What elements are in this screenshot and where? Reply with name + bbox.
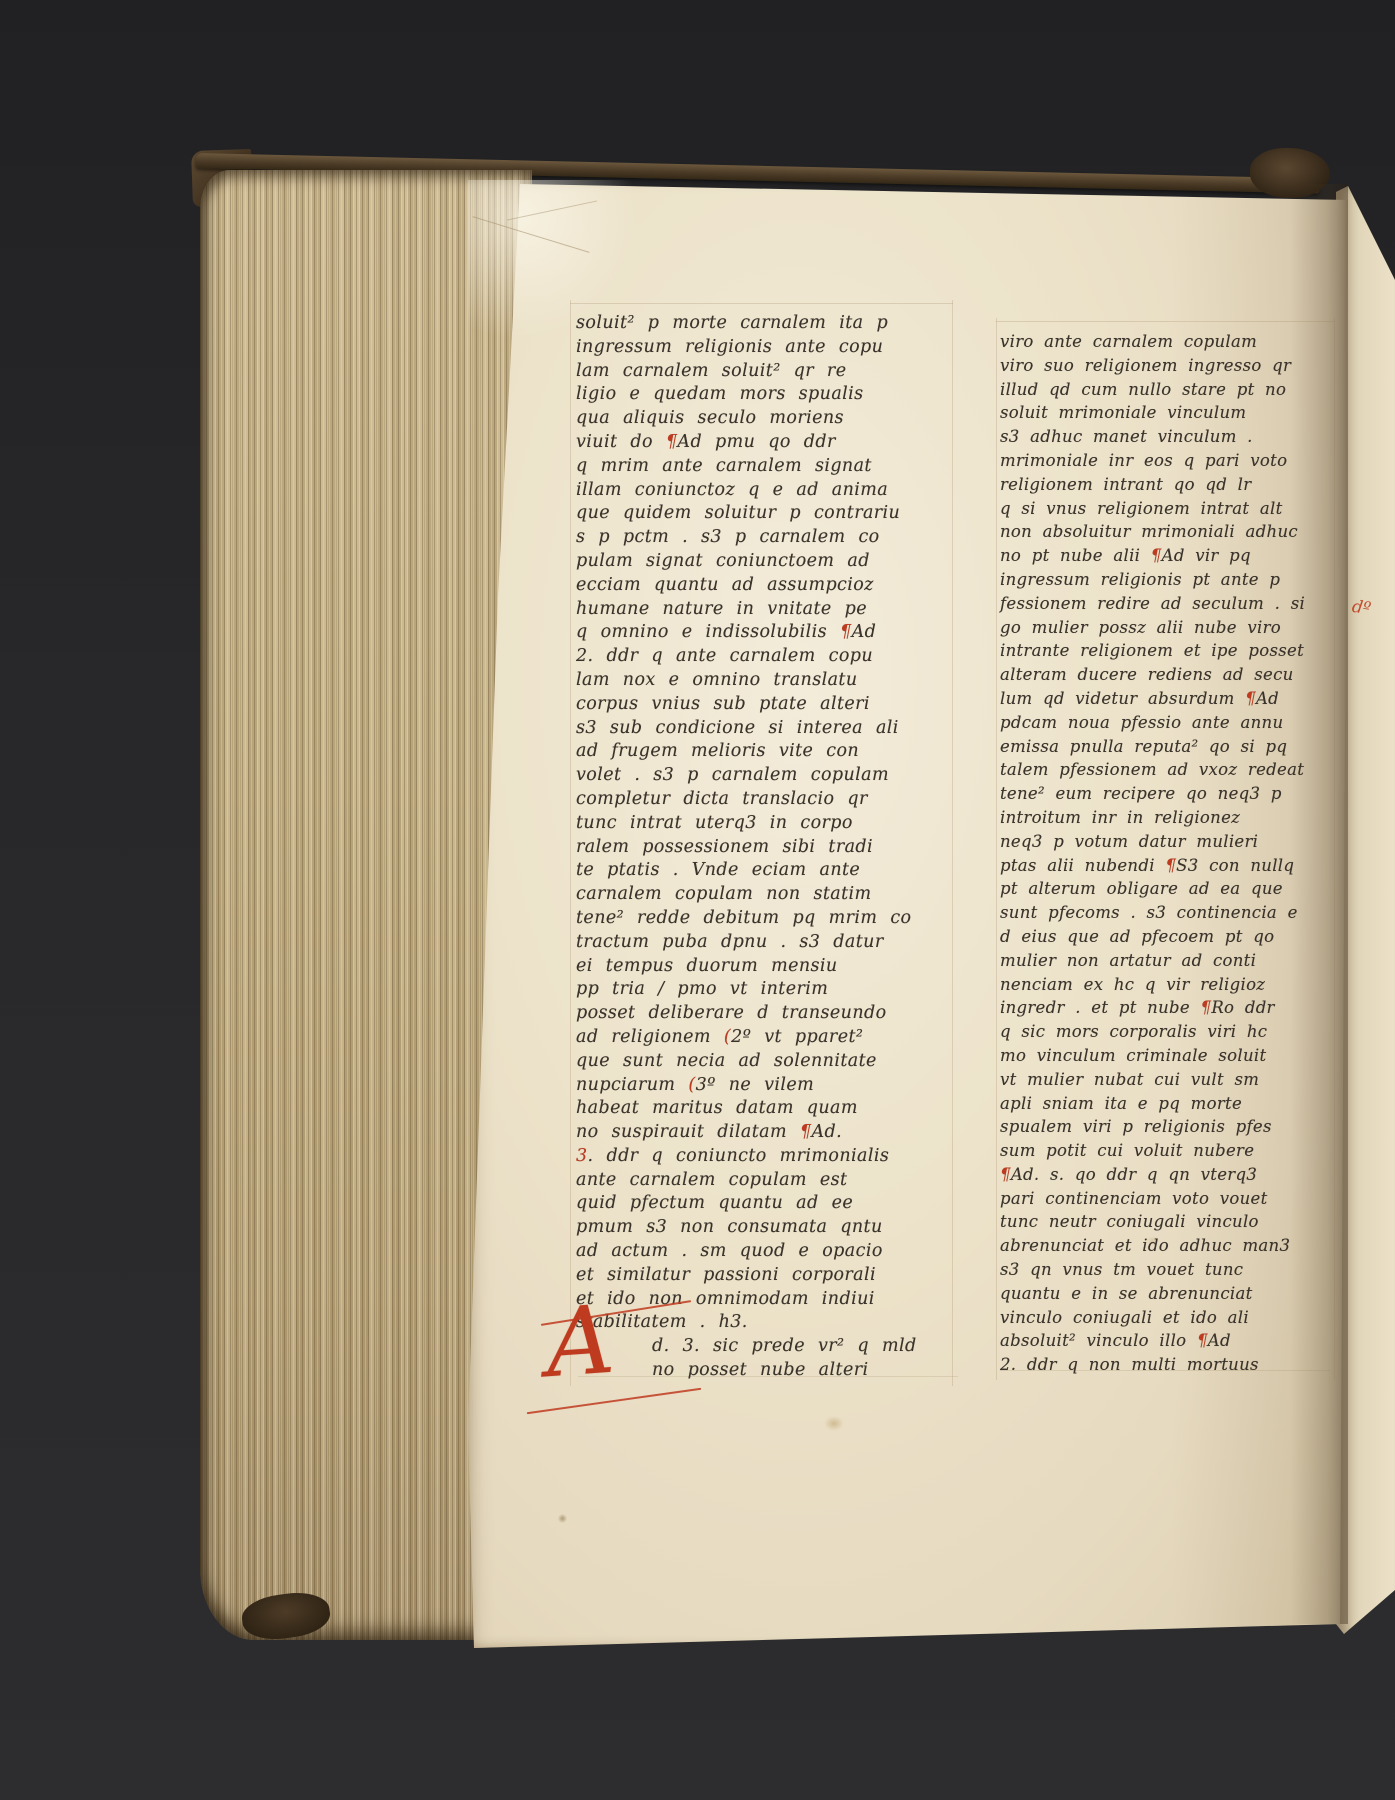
ink-text: alteram ducere rediens ad secu [1000,665,1294,684]
manuscript-text-line: ad religionem (2º vt pparet² [576,1026,954,1050]
ink-text: Ad. s. qo ddr q qn vterq3 [1011,1165,1257,1184]
manuscript-text-line: mrimoniale inr eos q pari voto [1000,449,1338,473]
ink-text: que quidem soluitur p contrariu [576,503,900,523]
ink-text: mo vinculum criminale soluit [1000,1046,1266,1065]
ink-text: s3 qn vnus tm vouet tunc [1000,1260,1243,1279]
manuscript-text-line: quid pfectum quantu ad ee [576,1192,954,1216]
manuscript-text-line: pt alterum obligare ad ea que [1000,877,1338,901]
ink-text: 2. ddr q ante carnalem copu [576,646,873,666]
ink-text: viro suo religionem ingresso qr [1000,356,1291,375]
manuscript-text-line: ingressum religionis pt ante p [1000,568,1338,592]
manuscript-text-line: talem pfessionem ad vxoz redeat [1000,758,1338,782]
manuscript-text-line: volet . s3 p carnalem copulam [576,764,954,788]
ink-text: abrenunciat et ido adhuc man3 [1000,1236,1290,1255]
rubric-paraph: ( [688,1075,695,1095]
ink-text: pmum s3 non consumata qntu [576,1217,883,1237]
manuscript-text-line: no pt nube alii ¶Ad vir pq [1000,544,1338,568]
manuscript-text-line: introitum inr in religionez [1000,806,1338,830]
manuscript-text-line: corpus vnius sub ptate alteri [576,693,954,717]
ink-text: go mulier possz alii nube viro [1000,618,1281,637]
ink-text: q mrim ante carnalem signat [576,456,872,476]
ink-text: q omnino e indissolubilis [576,622,840,642]
ink-text: absoluit² vinculo illo [1000,1331,1197,1350]
manuscript-text-line: pulam signat coniunctoem ad [576,550,954,574]
rubric-paraph: ¶ [1197,1331,1208,1350]
manuscript-text-line: q sic mors corporalis viri hc [1000,1020,1338,1044]
ruling-line-horizontal [570,303,953,304]
rubric-paraph: ¶ [840,622,852,642]
rubric-paraph: ¶ [1000,1165,1011,1184]
ink-text: non absoluitur mrimoniali adhuc [1000,522,1298,541]
ink-text: pp tria / pmo vt interim [576,979,828,999]
manuscript-text-line: pari continenciam voto vouet [1000,1187,1338,1211]
manuscript-text-line: habeat maritus datam quam [576,1097,954,1121]
ink-text: lum qd videtur absurdum [1000,689,1245,708]
ruling-line-vertical [570,300,571,1386]
manuscript-text-line: 3. ddr q coniuncto mrimonialis [576,1145,954,1169]
manuscript-text-line: tunc neutr coniugali vinculo [1000,1210,1338,1234]
manuscript-text-line: humane nature in vnitate pe [576,598,954,622]
rubric-paraph: ¶ [1151,546,1162,565]
ink-text: no pt nube alii [1000,546,1151,565]
ink-text: d eius que ad pfecoem pt qo [1000,927,1274,946]
ink-text: ecciam quantu ad assumpcioz [576,575,874,595]
manuscript-text-line: no posset nube alteri [576,1359,954,1383]
manuscript-photo: soluit² p morte carnalem ita pingressum … [0,0,1395,1800]
page-stain [824,1416,844,1431]
ink-text: quantu e in se abrenunciat [1000,1284,1253,1303]
manuscript-text-line: alteram ducere rediens ad secu [1000,663,1338,687]
manuscript-text-line: qua aliquis seculo moriens [576,407,954,431]
ink-text: Ad vir pq [1162,546,1251,565]
ink-text: 2º vt pparet² [731,1027,863,1047]
ink-text: ingredr . et pt nube [1000,998,1201,1017]
manuscript-text-line: nenciam ex hc q vir religioz [1000,973,1338,997]
ink-text: fessionem redire ad seculum . si [1000,594,1305,613]
ink-text: sunt pfecoms . s3 continencia e [1000,903,1298,922]
manuscript-text-line: ante carnalem copulam est [576,1169,954,1193]
manuscript-text-line: lum qd videtur absurdum ¶Ad [1000,687,1338,711]
manuscript-text-line: s p pctm . s3 p carnalem co [576,526,954,550]
manuscript-text-line: vinculo coniugali et ido ali [1000,1306,1338,1330]
manuscript-text-line: ei tempus duorum mensiu [576,955,954,979]
ink-text: posset deliberare d transeundo [576,1003,887,1023]
rubric-paraph: ¶ [1201,998,1212,1017]
ink-text: S3 con nullq [1176,856,1294,875]
manuscript-text-line: ad frugem melioris vite con [576,740,954,764]
rubric-initial-A: A [543,1294,617,1393]
ruling-line-vertical [996,318,997,1380]
ink-text: ligio e quedam mors spualis [576,384,864,404]
ink-text: vinculo coniugali et ido ali [1000,1308,1249,1327]
ink-text: carnalem copulam non statim [576,884,872,904]
ink-text: religionem intrant qo qd lr [1000,475,1251,494]
manuscript-text-line: vt mulier nubat cui vult sm [1000,1068,1338,1092]
ink-text: lam nox e omnino translatu [576,670,858,690]
ink-text: soluit² p morte carnalem ita p [576,313,888,333]
ink-text: illam coniunctoz q e ad anima [576,480,888,500]
manuscript-text-line: ralem possessionem sibi tradi [576,836,954,860]
ink-text: ptas alii nubendi [1000,856,1165,875]
rubric-paraph: ¶ [1245,689,1256,708]
manuscript-text-line: ad actum . sm quod e opacio [576,1240,954,1264]
manuscript-text-line: viro ante carnalem copulam [1000,330,1338,354]
ink-text: nenciam ex hc q vir religioz [1000,975,1265,994]
manuscript-text-line: tene² redde debitum pq mrim co [576,907,954,931]
ink-text: d. 3. sic prede vr² q mld [652,1336,917,1356]
manuscript-text-line: et similatur passioni corporali [576,1264,954,1288]
ink-text: apli sniam ita e pq morte [1000,1094,1242,1113]
ink-text: volet . s3 p carnalem copulam [576,765,889,785]
ruling-line-horizontal [996,321,1335,322]
ink-text: et similatur passioni corporali [576,1265,876,1285]
ink-text: ad religionem [576,1027,724,1047]
ink-text: ad actum . sm quod e opacio [576,1241,883,1261]
ink-text: habeat maritus datam quam [576,1098,858,1118]
manuscript-text-line: 2. ddr q non multi mortuus [1000,1353,1338,1377]
manuscript-text-line: intrante religionem et ipe posset [1000,639,1338,663]
manuscript-text-line: q mrim ante carnalem signat [576,455,954,479]
page-stain [558,1514,567,1523]
marginal-mark: dº [1351,597,1372,619]
manuscript-text-line: d. 3. sic prede vr² q mld [576,1335,954,1359]
ink-text: Ad [1256,689,1279,708]
ink-text: Ro ddr [1211,998,1274,1017]
ink-text: tractum puba dpnu . s3 datur [576,932,884,952]
ink-text: lam carnalem soluit² qr re [576,361,846,381]
ink-text: humane nature in vnitate pe [576,599,867,619]
manuscript-text-line: 2. ddr q ante carnalem copu [576,645,954,669]
ink-text: que sunt necia ad solennitate [576,1051,877,1071]
rubric-paraph: ¶ [1165,856,1176,875]
manuscript-text-line: viro suo religionem ingresso qr [1000,354,1338,378]
manuscript-text-line: go mulier possz alii nube viro [1000,616,1338,640]
manuscript-text-line: apli sniam ita e pq morte [1000,1092,1338,1116]
manuscript-text-line: tene² eum recipere qo neq3 p [1000,782,1338,806]
ink-text: Ad pmu qo ddr [677,432,835,452]
rubric-paraph: ¶ [666,432,678,452]
ink-text: ingressum religionis ante copu [576,337,883,357]
manuscript-text-line: sunt pfecoms . s3 continencia e [1000,901,1338,925]
manuscript-text-line: lam nox e omnino translatu [576,669,954,693]
manuscript-text-line: posset deliberare d transeundo [576,1002,954,1026]
ink-text: neq3 p votum datur mulieri [1000,832,1258,851]
manuscript-text-line: te ptatis . Vnde eciam ante [576,859,954,883]
ink-text: s3 sub condicione si interea ali [576,718,899,738]
ink-text: tunc intrat uterq3 in corpo [576,813,853,833]
ink-text: te ptatis . Vnde eciam ante [576,860,860,880]
ink-text: 3º ne vilem [696,1075,815,1095]
rubric-paraph: 3 [576,1146,588,1166]
manuscript-text-line: completur dicta translacio qr [576,788,954,812]
manuscript-text-line: mo vinculum criminale soluit [1000,1044,1338,1068]
manuscript-text-line: absoluit² vinculo illo ¶Ad [1000,1329,1338,1353]
ink-text: Ad [852,622,877,642]
ink-text: introitum inr in religionez [1000,808,1240,827]
manuscript-text-line: no suspirauit dilatam ¶Ad. [576,1121,954,1145]
ink-text: pdcam noua pfessio ante annu [1000,713,1283,732]
ink-text: mulier non artatur ad conti [1000,951,1256,970]
manuscript-text-line: ecciam quantu ad assumpcioz [576,574,954,598]
ink-text: ante carnalem copulam est [576,1170,847,1190]
manuscript-text-line: q omnino e indissolubilis ¶Ad [576,621,954,645]
ink-text: emissa pnulla reputa² qo si pq [1000,737,1287,756]
ink-text: tene² redde debitum pq mrim co [576,908,911,928]
manuscript-text-line: ingredr . et pt nube ¶Ro ddr [1000,996,1338,1020]
ink-text: nupciarum [576,1075,688,1095]
manuscript-text-line: et ido non omnimodam indiui [576,1288,954,1312]
ink-text: spualem viri p religionis pfes [1000,1117,1272,1136]
text-column-left: soluit² p morte carnalem ita pingressum … [576,312,954,1383]
manuscript-text-line: tractum puba dpnu . s3 datur [576,931,954,955]
ink-text: no posset nube alteri [652,1360,868,1380]
ink-text: et ido non omnimodam indiui [576,1289,875,1309]
ink-text: tene² eum recipere qo neq3 p [1000,784,1282,803]
manuscript-text-line: soluit² p morte carnalem ita p [576,312,954,336]
manuscript-text-line: tunc intrat uterq3 in corpo [576,812,954,836]
manuscript-text-line: que quidem soluitur p contrariu [576,502,954,526]
ink-text: pt alterum obligare ad ea que [1000,879,1283,898]
manuscript-text-line: q si vnus religionem intrat alt [1000,497,1338,521]
ink-text: talem pfessionem ad vxoz redeat [1000,760,1304,779]
ink-text: Ad [1208,1331,1231,1350]
manuscript-text-line: nupciarum (3º ne vilem [576,1074,954,1098]
manuscript-text-line: spualem viri p religionis pfes [1000,1115,1338,1139]
ink-text: pulam signat coniunctoem ad [576,551,870,571]
ink-text: corpus vnius sub ptate alteri [576,694,870,714]
ink-text: q si vnus religionem intrat alt [1000,499,1283,518]
manuscript-text-line: pmum s3 non consumata qntu [576,1216,954,1240]
manuscript-text-line: ligio e quedam mors spualis [576,383,954,407]
ink-text: s p pctm . s3 p carnalem co [576,527,880,547]
ink-text: ralem possessionem sibi tradi [576,837,873,857]
manuscript-text-line: quantu e in se abrenunciat [1000,1282,1338,1306]
ink-text: s3 adhuc manet vinculum . [1000,427,1253,446]
manuscript-text-line: d eius que ad pfecoem pt qo [1000,925,1338,949]
manuscript-text-line: pdcam noua pfessio ante annu [1000,711,1338,735]
manuscript-text-line: soluit mrimoniale vinculum [1000,401,1338,425]
ink-text: completur dicta translacio qr [576,789,868,809]
manuscript-text-line: religionem intrant qo qd lr [1000,473,1338,497]
ink-text: quid pfectum quantu ad ee [576,1193,853,1213]
manuscript-text-line: abrenunciat et ido adhuc man3 [1000,1234,1338,1258]
ink-text: 2. ddr q non multi mortuus [1000,1355,1259,1374]
manuscript-text-line: mulier non artatur ad conti [1000,949,1338,973]
ink-text: soluit mrimoniale vinculum [1000,403,1246,422]
manuscript-text-line: sum potit cui voluit nubere [1000,1139,1338,1163]
manuscript-text-line: ingressum religionis ante copu [576,336,954,360]
ink-text: intrante religionem et ipe posset [1000,641,1304,660]
ink-text: sum potit cui voluit nubere [1000,1141,1254,1160]
ink-text: qua aliquis seculo moriens [576,408,844,428]
manuscript-text-line: pp tria / pmo vt interim [576,978,954,1002]
manuscript-text-line: stabilitatem . h3. [576,1311,954,1335]
manuscript-text-line: illud qd cum nullo stare pt no [1000,378,1338,402]
ink-text: ad frugem melioris vite con [576,741,859,761]
manuscript-text-line: fessionem redire ad seculum . si [1000,592,1338,616]
manuscript-text-line: emissa pnulla reputa² qo si pq [1000,735,1338,759]
ink-text: viuit do [576,432,666,452]
manuscript-text-line: s3 qn vnus tm vouet tunc [1000,1258,1338,1282]
ink-text: ingressum religionis pt ante p [1000,570,1280,589]
ink-text: Ad. [811,1122,842,1142]
ink-text: viro ante carnalem copulam [1000,332,1257,351]
rubric-paraph: ¶ [800,1122,812,1142]
manuscript-text-line: ¶Ad. s. qo ddr q qn vterq3 [1000,1163,1338,1187]
ink-text: pari continenciam voto vouet [1000,1189,1268,1208]
text-column-right: viro ante carnalem copulamviro suo relig… [1000,330,1338,1377]
ink-text: vt mulier nubat cui vult sm [1000,1070,1259,1089]
manuscript-text-line: carnalem copulam non statim [576,883,954,907]
manuscript-text-line: ptas alii nubendi ¶S3 con nullq [1000,854,1338,878]
ink-text: no suspirauit dilatam [576,1122,800,1142]
manuscript-text-line: s3 adhuc manet vinculum . [1000,425,1338,449]
manuscript-text-line: neq3 p votum datur mulieri [1000,830,1338,854]
manuscript-text-line: viuit do ¶Ad pmu qo ddr [576,431,954,455]
manuscript-text-line: lam carnalem soluit² qr re [576,360,954,384]
manuscript-text-line: non absoluitur mrimoniali adhuc [1000,520,1338,544]
ink-text: tunc neutr coniugali vinculo [1000,1212,1259,1231]
manuscript-text-line: illam coniunctoz q e ad anima [576,479,954,503]
ink-text: q sic mors corporalis viri hc [1000,1022,1267,1041]
ink-text: illud qd cum nullo stare pt no [1000,380,1286,399]
rubric-paraph: ( [724,1027,731,1047]
ink-text: ei tempus duorum mensiu [576,956,838,976]
ink-text: mrimoniale inr eos q pari voto [1000,451,1287,470]
manuscript-text-line: que sunt necia ad solennitate [576,1050,954,1074]
ink-text: . ddr q coniuncto mrimonialis [588,1146,890,1166]
manuscript-text-line: s3 sub condicione si interea ali [576,717,954,741]
